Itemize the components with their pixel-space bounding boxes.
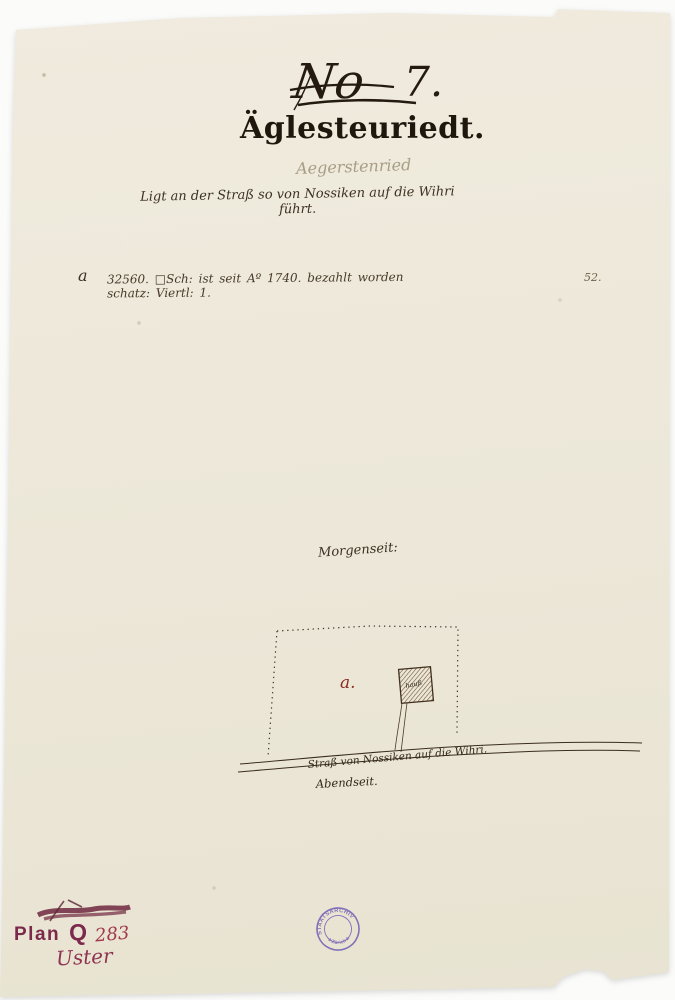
paper-shadow [0, 0, 675, 1000]
location-note: Ligt an der Straß so von Nossiken auf di… [125, 184, 470, 220]
svg-text:STAATSARCHIV: STAATSARCHIV [313, 904, 357, 936]
manuscript-scan: No 7. Äglesteuriedt. Aegerstenried Ligt … [0, 0, 675, 1000]
paper-sheet [0, 0, 675, 1000]
plan-stamp: Plan Q 283 [14, 919, 129, 946]
plan-number-group: No 7. [293, 58, 483, 116]
plan-number-value: 7. [404, 58, 443, 103]
survey-sketch: a. hauß Straß von Nossiken auf die Wihri… [230, 598, 662, 803]
parcel-entry-text: 32560. □Sch: ist seit Aº 1740. bezahlt w… [107, 270, 447, 301]
archive-stamp-name: STAATSARCHIV [313, 904, 357, 936]
road-label: Straß von Nossiken auf die Wihri. [307, 743, 487, 771]
municipality-label: Uster [55, 944, 113, 971]
plan-series-letter: Q [69, 919, 87, 946]
archive-stamp: STAATSARCHIV ★Zürich★ [313, 904, 363, 954]
plan-number-label: No [290, 58, 368, 106]
parcel-letter-red: a. [340, 673, 356, 693]
parcel-entry-letter: a [78, 266, 88, 285]
page-title: Äglesteuriedt. [170, 111, 555, 146]
plan-stamp-label: Plan [14, 924, 60, 946]
pencil-annotation: Aegerstenried [296, 155, 412, 178]
folio-number: 52. [584, 271, 602, 284]
house-path [395, 703, 407, 752]
orientation-label-west: Abendseit. [314, 774, 378, 791]
